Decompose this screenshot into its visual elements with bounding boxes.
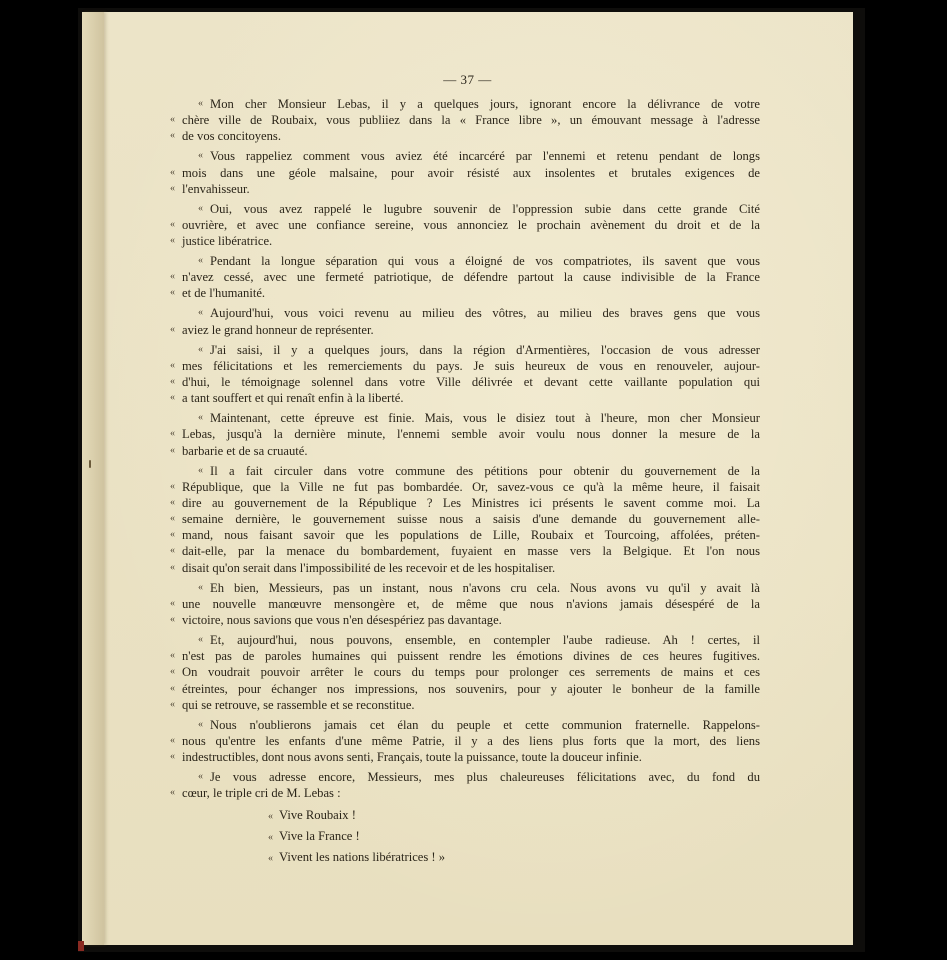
text-line: «Aujourd'hui, vous voici revenu au milie… <box>170 305 760 321</box>
cry-line: «Vivent les nations libératrices ! » <box>170 847 760 868</box>
guillemet-mark: « <box>198 201 203 217</box>
guillemet-mark: « <box>170 479 175 495</box>
guillemet-mark: « <box>170 181 175 197</box>
line-text: mois dans une géole malsaine, pour avoir… <box>182 166 760 180</box>
line-text: Il a fait circuler dans votre commune de… <box>210 464 760 478</box>
line-text: mes félicitations et les remerciements d… <box>182 359 760 373</box>
guillemet-mark: « <box>268 811 273 822</box>
guillemet-mark: « <box>170 697 175 713</box>
text-line: «mois dans une géole malsaine, pour avoi… <box>170 165 760 181</box>
guillemet-mark: « <box>170 285 175 301</box>
text-line: «qui se retrouve, se rassemble et se rec… <box>170 697 760 713</box>
text-line: «Eh bien, Messieurs, pas un instant, nou… <box>170 580 760 596</box>
guillemet-mark: « <box>198 463 203 479</box>
guillemet-mark: « <box>170 648 175 664</box>
line-text: ouvrière, et avec une confiance sereine,… <box>182 218 760 232</box>
guillemet-mark: « <box>170 128 175 144</box>
text-line: «barbarie et de sa cruauté. <box>170 443 760 459</box>
text-line: «et de l'humanité. <box>170 285 760 301</box>
cry-line: «Vive Roubaix ! <box>170 805 760 826</box>
line-text: justice libératrice. <box>182 234 272 248</box>
line-text: Je vous adresse encore, Messieurs, mes p… <box>210 770 760 784</box>
text-line: «Lebas, jusqu'à la dernière minute, l'en… <box>170 426 760 442</box>
line-text: dire au gouvernement de la République ? … <box>182 496 760 510</box>
paragraph: «Et, aujourd'hui, nous pouvons, ensemble… <box>170 632 760 713</box>
text-line: «victoire, nous savions que vous n'en dé… <box>170 612 760 628</box>
paragraph: «Nous n'oublierons jamais cet élan du pe… <box>170 717 760 766</box>
text-line: «Nous n'oublierons jamais cet élan du pe… <box>170 717 760 733</box>
guillemet-mark: « <box>170 749 175 765</box>
text-line: «dait-elle, par la menace du bombardemen… <box>170 543 760 559</box>
closing-cries: «Vive Roubaix !«Vive la France !«Vivent … <box>170 805 760 868</box>
paragraph: «Pendant la longue séparation qui vous a… <box>170 253 760 302</box>
guillemet-mark: « <box>170 596 175 612</box>
text-line: «Pendant la longue séparation qui vous a… <box>170 253 760 269</box>
line-text: Oui, vous avez rappelé le lugubre souven… <box>210 202 760 216</box>
guillemet-mark: « <box>198 632 203 648</box>
guillemet-mark: « <box>198 769 203 785</box>
text-line: «République, que la Ville ne fut pas bom… <box>170 479 760 495</box>
line-text: Nous n'oublierons jamais cet élan du peu… <box>210 718 760 732</box>
line-text: chère ville de Roubaix, vous publiiez da… <box>182 113 760 127</box>
guillemet-mark: « <box>170 217 175 233</box>
guillemet-mark: « <box>198 96 203 112</box>
text-line: «J'ai saisi, il y a quelques jours, dans… <box>170 342 760 358</box>
text-line: «l'envahisseur. <box>170 181 760 197</box>
guillemet-mark: « <box>170 233 175 249</box>
text-line: «de vos concitoyens. <box>170 128 760 144</box>
line-text: Pendant la longue séparation qui vous a … <box>210 254 760 268</box>
guillemet-mark: « <box>198 342 203 358</box>
text-line: «Mon cher Monsieur Lebas, il y a quelque… <box>170 96 760 112</box>
guillemet-mark: « <box>170 511 175 527</box>
line-text: n'est pas de paroles humaines qui puisse… <box>182 649 760 663</box>
line-text: victoire, nous savions que vous n'en dés… <box>182 613 502 627</box>
guillemet-mark: « <box>170 785 175 801</box>
guillemet-mark: « <box>170 112 175 128</box>
line-text: a tant souffert et qui renaît enfin à la… <box>182 391 403 405</box>
line-text: d'hui, le témoignage solennel dans votre… <box>182 375 760 389</box>
cry-line: «Vive la France ! <box>170 826 760 847</box>
text-line: «Et, aujourd'hui, nous pouvons, ensemble… <box>170 632 760 648</box>
guillemet-mark: « <box>170 358 175 374</box>
text-line: «d'hui, le témoignage solennel dans votr… <box>170 374 760 390</box>
guillemet-mark: « <box>170 733 175 749</box>
guillemet-mark: « <box>170 443 175 459</box>
line-text: indestructibles, dont nous avons senti, … <box>182 750 642 764</box>
line-text: semaine dernière, le gouvernement suisse… <box>182 512 760 526</box>
guillemet-mark: « <box>198 410 203 426</box>
line-text: cœur, le triple cri de M. Lebas : <box>182 786 341 800</box>
guillemet-mark: « <box>198 580 203 596</box>
line-text: étreintes, pour échanger nos impressions… <box>182 682 760 696</box>
page-number: — 37 — <box>82 72 853 88</box>
guillemet-mark: « <box>198 253 203 269</box>
text-line: «Vous rappeliez comment vous aviez été i… <box>170 148 760 164</box>
cry-text: Vive la France ! <box>279 829 360 843</box>
text-line: «Oui, vous avez rappelé le lugubre souve… <box>170 201 760 217</box>
guillemet-mark: « <box>170 560 175 576</box>
guillemet-mark: « <box>170 495 175 511</box>
page-spine-shadow <box>82 12 104 945</box>
line-text: On voudrait pouvoir arrêter le cours du … <box>182 665 760 679</box>
text-line: «une nouvelle manœuvre mensongère et, de… <box>170 596 760 612</box>
line-text: Et, aujourd'hui, nous pouvons, ensemble,… <box>210 633 760 647</box>
guillemet-mark: « <box>198 148 203 164</box>
guillemet-mark: « <box>170 322 175 338</box>
line-text: qui se retrouve, se rassemble et se reco… <box>182 698 415 712</box>
line-text: aviez le grand honneur de représenter. <box>182 323 374 337</box>
line-text: l'envahisseur. <box>182 182 250 196</box>
line-text: une nouvelle manœuvre mensongère et, de … <box>182 597 760 611</box>
paragraph: «Aujourd'hui, vous voici revenu au milie… <box>170 305 760 337</box>
line-text: n'avez cessé, avec une fermeté patriotiq… <box>182 270 760 284</box>
text-line: «On voudrait pouvoir arrêter le cours du… <box>170 664 760 680</box>
guillemet-mark: « <box>198 305 203 321</box>
text-line: «mand, nous faisant savoir que les popul… <box>170 527 760 543</box>
cry-text: Vivent les nations libératrices ! » <box>279 850 445 864</box>
line-text: Maintenant, cette épreuve est finie. Mai… <box>210 411 760 425</box>
text-line: «cœur, le triple cri de M. Lebas : <box>170 785 760 801</box>
text-line: «Il a fait circuler dans votre commune d… <box>170 463 760 479</box>
text-line: «a tant souffert et qui renaît enfin à l… <box>170 390 760 406</box>
paragraph: «Oui, vous avez rappelé le lugubre souve… <box>170 201 760 250</box>
line-text: mand, nous faisant savoir que les popula… <box>182 528 760 542</box>
paragraph: «Je vous adresse encore, Messieurs, mes … <box>170 769 760 801</box>
line-text: nous qu'entre les enfants d'une même Pat… <box>182 734 760 748</box>
line-text: Aujourd'hui, vous voici revenu au milieu… <box>210 306 760 320</box>
guillemet-mark: « <box>170 664 175 680</box>
text-line: «indestructibles, dont nous avons senti,… <box>170 749 760 765</box>
binding-red-mark <box>78 941 84 951</box>
text-line: «mes félicitations et les remerciements … <box>170 358 760 374</box>
text-line: «nous qu'entre les enfants d'une même Pa… <box>170 733 760 749</box>
text-line: «n'est pas de paroles humaines qui puiss… <box>170 648 760 664</box>
text-line: «ouvrière, et avec une confiance sereine… <box>170 217 760 233</box>
guillemet-mark: « <box>170 426 175 442</box>
text-line: «semaine dernière, le gouvernement suiss… <box>170 511 760 527</box>
guillemet-mark: « <box>170 374 175 390</box>
guillemet-mark: « <box>170 527 175 543</box>
line-text: dait-elle, par la menace du bombardement… <box>182 544 760 558</box>
guillemet-mark: « <box>170 390 175 406</box>
guillemet-mark: « <box>268 853 273 864</box>
speech-text: «Mon cher Monsieur Lebas, il y a quelque… <box>170 96 760 868</box>
guillemet-mark: « <box>170 165 175 181</box>
guillemet-mark: « <box>198 717 203 733</box>
text-line: «aviez le grand honneur de représenter. <box>170 322 760 338</box>
text-line: «disait qu'on serait dans l'impossibilit… <box>170 560 760 576</box>
paragraph: «Mon cher Monsieur Lebas, il y a quelque… <box>170 96 760 145</box>
paragraph: «Maintenant, cette épreuve est finie. Ma… <box>170 410 760 459</box>
text-line: «Je vous adresse encore, Messieurs, mes … <box>170 769 760 785</box>
line-text: Mon cher Monsieur Lebas, il y a quelques… <box>210 97 760 111</box>
cry-text: Vive Roubaix ! <box>279 808 356 822</box>
margin-mark <box>89 460 91 468</box>
line-text: République, que la Ville ne fut pas bomb… <box>182 480 760 494</box>
paragraph: «Vous rappeliez comment vous aviez été i… <box>170 148 760 197</box>
line-text: et de l'humanité. <box>182 286 265 300</box>
guillemet-mark: « <box>170 543 175 559</box>
line-text: J'ai saisi, il y a quelques jours, dans … <box>210 343 760 357</box>
text-line: «chère ville de Roubaix, vous publiiez d… <box>170 112 760 128</box>
text-line: «étreintes, pour échanger nos impression… <box>170 681 760 697</box>
text-line: «Maintenant, cette épreuve est finie. Ma… <box>170 410 760 426</box>
text-line: «dire au gouvernement de la République ?… <box>170 495 760 511</box>
line-text: Eh bien, Messieurs, pas un instant, nous… <box>210 581 760 595</box>
line-text: disait qu'on serait dans l'impossibilité… <box>182 561 555 575</box>
line-text: de vos concitoyens. <box>182 129 281 143</box>
paragraph: «J'ai saisi, il y a quelques jours, dans… <box>170 342 760 407</box>
line-text: Vous rappeliez comment vous aviez été in… <box>210 149 760 163</box>
paragraph: «Eh bien, Messieurs, pas un instant, nou… <box>170 580 760 629</box>
paragraph: «Il a fait circuler dans votre commune d… <box>170 463 760 576</box>
line-text: Lebas, jusqu'à la dernière minute, l'enn… <box>182 427 760 441</box>
guillemet-mark: « <box>170 681 175 697</box>
text-line: «n'avez cessé, avec une fermeté patrioti… <box>170 269 760 285</box>
text-line: «justice libératrice. <box>170 233 760 249</box>
guillemet-mark: « <box>170 269 175 285</box>
line-text: barbarie et de sa cruauté. <box>182 444 308 458</box>
guillemet-mark: « <box>170 612 175 628</box>
guillemet-mark: « <box>268 832 273 843</box>
